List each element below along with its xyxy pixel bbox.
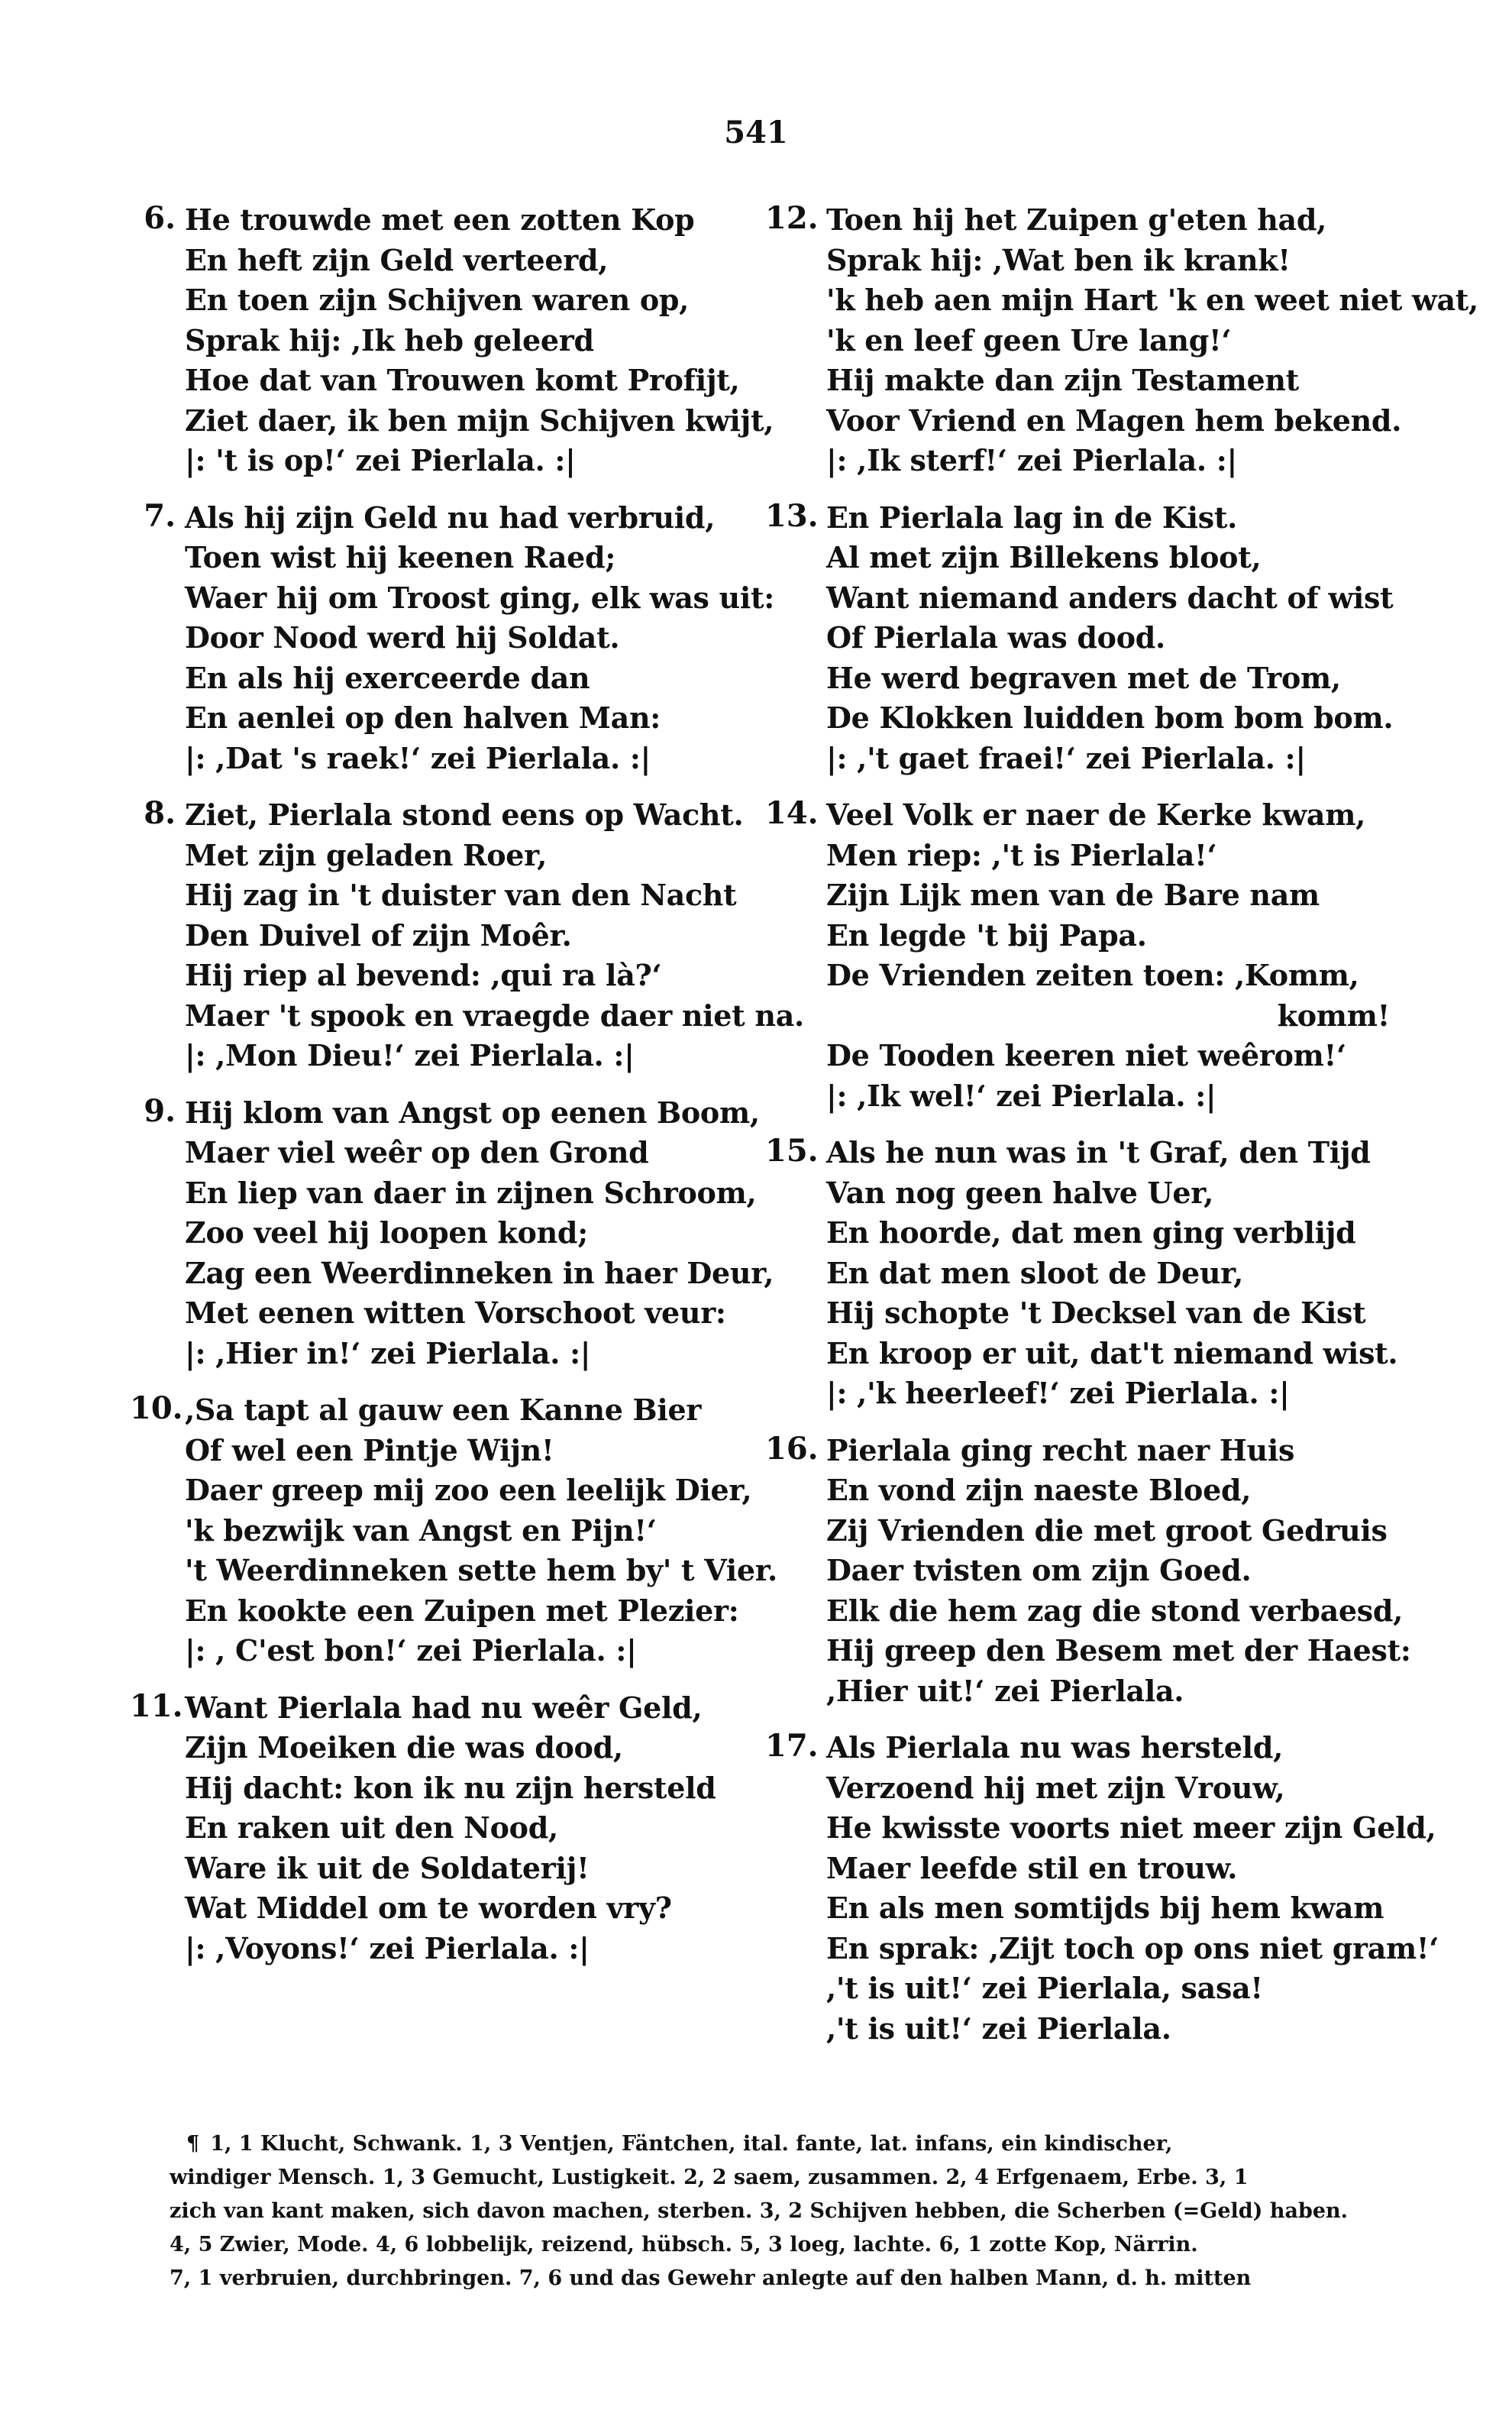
verse: 13.En Pierlala lag in de Kist.Al met zij… (771, 498, 1405, 779)
verse-line: |: 't is op!‘ zei Pierlala. :| (185, 441, 764, 481)
verse-line: Als Pierlala nu was hersteld, (826, 1728, 1405, 1768)
verse-line: Hij klom van Angst op eenen Boom, (185, 1093, 764, 1134)
verse-line: |: ,Hier in!‘ zei Pierlala. :| (185, 1334, 764, 1374)
verse-line: Hij zag in 't duister van den Nacht (185, 875, 764, 916)
verse-line: He werd begraven met de Trom, (826, 658, 1405, 699)
verse-line: Hij makte dan zijn Testament (826, 361, 1405, 401)
verse-line: Want niemand anders dacht of wist (826, 578, 1405, 619)
verse: 17.Als Pierlala nu was hersteld,Verzoend… (771, 1728, 1405, 2049)
verse: 9.Hij klom van Angst op eenen Boom,Maer … (130, 1093, 764, 1374)
verse-line: ,'t is uit!‘ zei Pierlala. (826, 2009, 1405, 2049)
verse-line: En raken uit den Nood, (185, 1808, 764, 1849)
verse-line: 'k heb aen mijn Hart 'k en weet niet wat… (826, 280, 1405, 321)
verse-line: Ziet daer, ik ben mijn Schijven kwijt, (185, 401, 764, 442)
verse-line: Verzoend hij met zijn Vrouw, (826, 1768, 1405, 1809)
verse-number: 14. (765, 795, 817, 831)
verse-line: Hij greep den Besem met der Haest: (826, 1631, 1405, 1671)
verse-line: En als hij exerceerde dan (185, 658, 764, 699)
verse: 15.Als he nun was in 't Graf, den TijdVa… (771, 1133, 1405, 1414)
footnote-text: 4, 5 Zwier, Mode. 4, 6 lobbelijk, reizen… (170, 2233, 1198, 2256)
verse-line: Wat Middel om te worden vry? (185, 1888, 764, 1929)
verse-line: Zij Vrienden die met groot Gedruis (826, 1511, 1405, 1551)
verse-line: Van nog geen halve Uer, (826, 1173, 1405, 1214)
footnote-line: 4, 5 Zwier, Mode. 4, 6 lobbelijk, reizen… (170, 2228, 1407, 2262)
verse-line: Hij dacht: kon ik nu zijn hersteld (185, 1768, 764, 1809)
verse-line: De Tooden keeren niet weêrom!‘ (826, 1036, 1405, 1076)
verse-line: Hij schopte 't Decksel van de Kist (826, 1293, 1405, 1334)
verse-line: Den Duivel of zijn Moêr. (185, 916, 764, 956)
verse-line: |: ,Mon Dieu!‘ zei Pierlala. :| (185, 1036, 764, 1076)
verse-line: Als hij zijn Geld nu had verbruid, (185, 498, 764, 539)
footnote-text: windiger Mensch. 1, 3 Gemucht, Lustigkei… (170, 2166, 1248, 2189)
verse-line: Hij riep al bevend: ,qui ra là?‘ (185, 956, 764, 996)
verse-line: |: ,Voyons!‘ zei Pierlala. :| (185, 1929, 764, 1969)
verse-number: 17. (765, 1728, 817, 1764)
right-column: 12.Toen hij het Zuipen g'eten had,Sprak … (771, 200, 1405, 2066)
verse-line: Zag een Weerdinneken in haer Deur, (185, 1254, 764, 1294)
verse-line: ,Sa tapt al gauw een Kanne Bier (185, 1390, 764, 1431)
verse-line: En aenlei op den halven Man: (185, 698, 764, 739)
verse-line: Ziet, Pierlala stond eens op Wacht. (185, 795, 764, 836)
verse-line: De Klokken luidden bom bom bom. (826, 698, 1405, 739)
verse-line: En Pierlala lag in de Kist. (826, 498, 1405, 539)
verse-line: Maer 't spook en vraegde daer niet na. (185, 996, 764, 1037)
verse-number: 9. (130, 1093, 176, 1129)
verse: 14.Veel Volk er naer de Kerke kwam,Men r… (771, 795, 1405, 1116)
verse-line: Elk die hem zag die stond verbaesd, (826, 1591, 1405, 1632)
verse: 16.Pierlala ging recht naer HuisEn vond … (771, 1431, 1405, 1712)
verse-line: Al met zijn Billekens bloot, (826, 538, 1405, 578)
verse-line: |: ,Ik wel!‘ zei Pierlala. :| (826, 1076, 1405, 1117)
verse-line: He kwisste voorts niet meer zijn Geld, (826, 1808, 1405, 1849)
footnote-line: windiger Mensch. 1, 3 Gemucht, Lustigkei… (170, 2161, 1407, 2195)
verse-line: ,Hier uit!‘ zei Pierlala. (826, 1671, 1405, 1712)
verse: 7.Als hij zijn Geld nu had verbruid,Toen… (130, 498, 764, 779)
verse-number: 12. (765, 200, 817, 236)
verse-line: En sprak: ,Zijt toch op ons niet gram!‘ (826, 1929, 1405, 1969)
verse-line: 't Weerdinneken sette hem by' t Vier. (185, 1551, 764, 1591)
verse-number: 7. (130, 498, 176, 534)
verse-line: En heft zijn Geld verteerd, (185, 241, 764, 281)
verse-line: Zoo veel hij loopen kond; (185, 1213, 764, 1254)
verse-line: |: ,Ik sterf!‘ zei Pierlala. :| (826, 441, 1405, 481)
verse-line: 'k bezwijk van Angst en Pijn!‘ (185, 1511, 764, 1551)
verse: 6.He trouwde met een zotten KopEn heft z… (130, 200, 764, 481)
verse-line: |: ,'t gaet fraei!‘ zei Pierlala. :| (826, 739, 1405, 779)
verse-line: Daer greep mij zoo een leelijk Dier, (185, 1470, 764, 1511)
verse-line: En als men somtijds bij hem kwam (826, 1888, 1405, 1929)
verse-line: En dat men sloot de Deur, (826, 1254, 1405, 1294)
verse-line: Maer viel weêr op den Grond (185, 1133, 764, 1173)
verse-line: Of wel een Pintje Wijn! (185, 1431, 764, 1471)
verse-line: Met eenen witten Vorschoot veur: (185, 1293, 764, 1334)
verse-line: komm! (826, 996, 1405, 1037)
verse-line: Met zijn geladen Roer, (185, 836, 764, 876)
left-column: 6.He trouwde met een zotten KopEn heft z… (130, 200, 764, 1985)
footnote-line: zich van kant maken, sich davon machen, … (170, 2195, 1407, 2228)
verse-line: Sprak hij: ,Wat ben ik krank! (826, 241, 1405, 281)
footnote-line: 7, 1 verbruien, durchbringen. 7, 6 und d… (170, 2262, 1407, 2295)
verse-line: Maer leefde stil en trouw. (826, 1849, 1405, 1889)
footnote-text: 1, 1 Klucht, Schwank. 1, 3 Ventjen, Fänt… (210, 2132, 1172, 2156)
verse-line: En kookte een Zuipen met Plezier: (185, 1591, 764, 1632)
verse-line: Door Nood werd hij Soldat. (185, 618, 764, 658)
footnote-text: 7, 1 verbruien, durchbringen. 7, 6 und d… (170, 2266, 1251, 2290)
verse-line: En kroop er uit, dat't niemand wist. (826, 1334, 1405, 1374)
verse-number: 8. (130, 795, 176, 831)
verse-line: |: ,'k heerleef!‘ zei Pierlala. :| (826, 1373, 1405, 1414)
verse-line: En toen zijn Schijven waren op, (185, 280, 764, 321)
verse-number: 11. (130, 1688, 176, 1724)
verse: 12.Toen hij het Zuipen g'eten had,Sprak … (771, 200, 1405, 481)
verse-number: 10. (130, 1390, 176, 1426)
verse-line: Men riep: ,'t is Pierlala!‘ (826, 836, 1405, 876)
verse-line: Daer tvisten om zijn Goed. (826, 1551, 1405, 1591)
verse-line: Zijn Lijk men van de Bare nam (826, 875, 1405, 916)
verse-number: 15. (765, 1133, 817, 1169)
verse-line: |: ,Dat 's raek!‘ zei Pierlala. :| (185, 739, 764, 779)
verse-line: Waer hij om Troost ging, elk was uit: (185, 578, 764, 619)
verse-line: Want Pierlala had nu weêr Geld, (185, 1688, 764, 1729)
verse-number: 13. (765, 498, 817, 534)
footnotes: ¶1, 1 Klucht, Schwank. 1, 3 Ventjen, Fän… (170, 2127, 1407, 2295)
footnote-text: zich van kant maken, sich davon machen, … (170, 2199, 1348, 2223)
verse-number: 16. (765, 1431, 817, 1467)
verse-line: En vond zijn naeste Bloed, (826, 1470, 1405, 1511)
verse-line: 'k en leef geen Ure lang!‘ (826, 321, 1405, 361)
verse-line: Hoe dat van Trouwen komt Profijt, (185, 361, 764, 401)
verse-line: En legde 't bij Papa. (826, 916, 1405, 956)
verse-number: 6. (130, 200, 176, 236)
verse-line: En liep van daer in zijnen Schroom, (185, 1173, 764, 1214)
page-number: 541 (0, 115, 1512, 150)
verse: 11.Want Pierlala had nu weêr Geld,Zijn M… (130, 1688, 764, 1969)
verse-line: Toen wist hij keenen Raed; (185, 538, 764, 578)
verse-line: Pierlala ging recht naer Huis (826, 1431, 1405, 1471)
verse: 10.,Sa tapt al gauw een Kanne BierOf wel… (130, 1390, 764, 1671)
footnote-line: ¶1, 1 Klucht, Schwank. 1, 3 Ventjen, Fän… (170, 2127, 1407, 2161)
verse-line: Ware ik uit de Soldaterij! (185, 1849, 764, 1889)
pilcrow-icon: ¶ (186, 2132, 199, 2156)
verse-line: Als he nun was in 't Graf, den Tijd (826, 1133, 1405, 1173)
verse-line: Voor Vriend en Magen hem bekend. (826, 401, 1405, 442)
verse-line: Toen hij het Zuipen g'eten had, (826, 200, 1405, 241)
verse-line: Veel Volk er naer de Kerke kwam, (826, 795, 1405, 836)
verse-line: He trouwde met een zotten Kop (185, 200, 764, 241)
verse-line: De Vrienden zeiten toen: ,Komm, (826, 956, 1405, 996)
verse: 8.Ziet, Pierlala stond eens op Wacht.Met… (130, 795, 764, 1076)
verse-line: Of Pierlala was dood. (826, 618, 1405, 658)
verse-line: Sprak hij: ,Ik heb geleerd (185, 321, 764, 361)
verse-line: |: , C'est bon!‘ zei Pierlala. :| (185, 1631, 764, 1671)
verse-line: Zijn Moeiken die was dood, (185, 1728, 764, 1768)
verse-line: En hoorde, dat men ging verblijd (826, 1213, 1405, 1254)
verse-line: ,'t is uit!‘ zei Pierlala, sasa! (826, 1969, 1405, 2009)
